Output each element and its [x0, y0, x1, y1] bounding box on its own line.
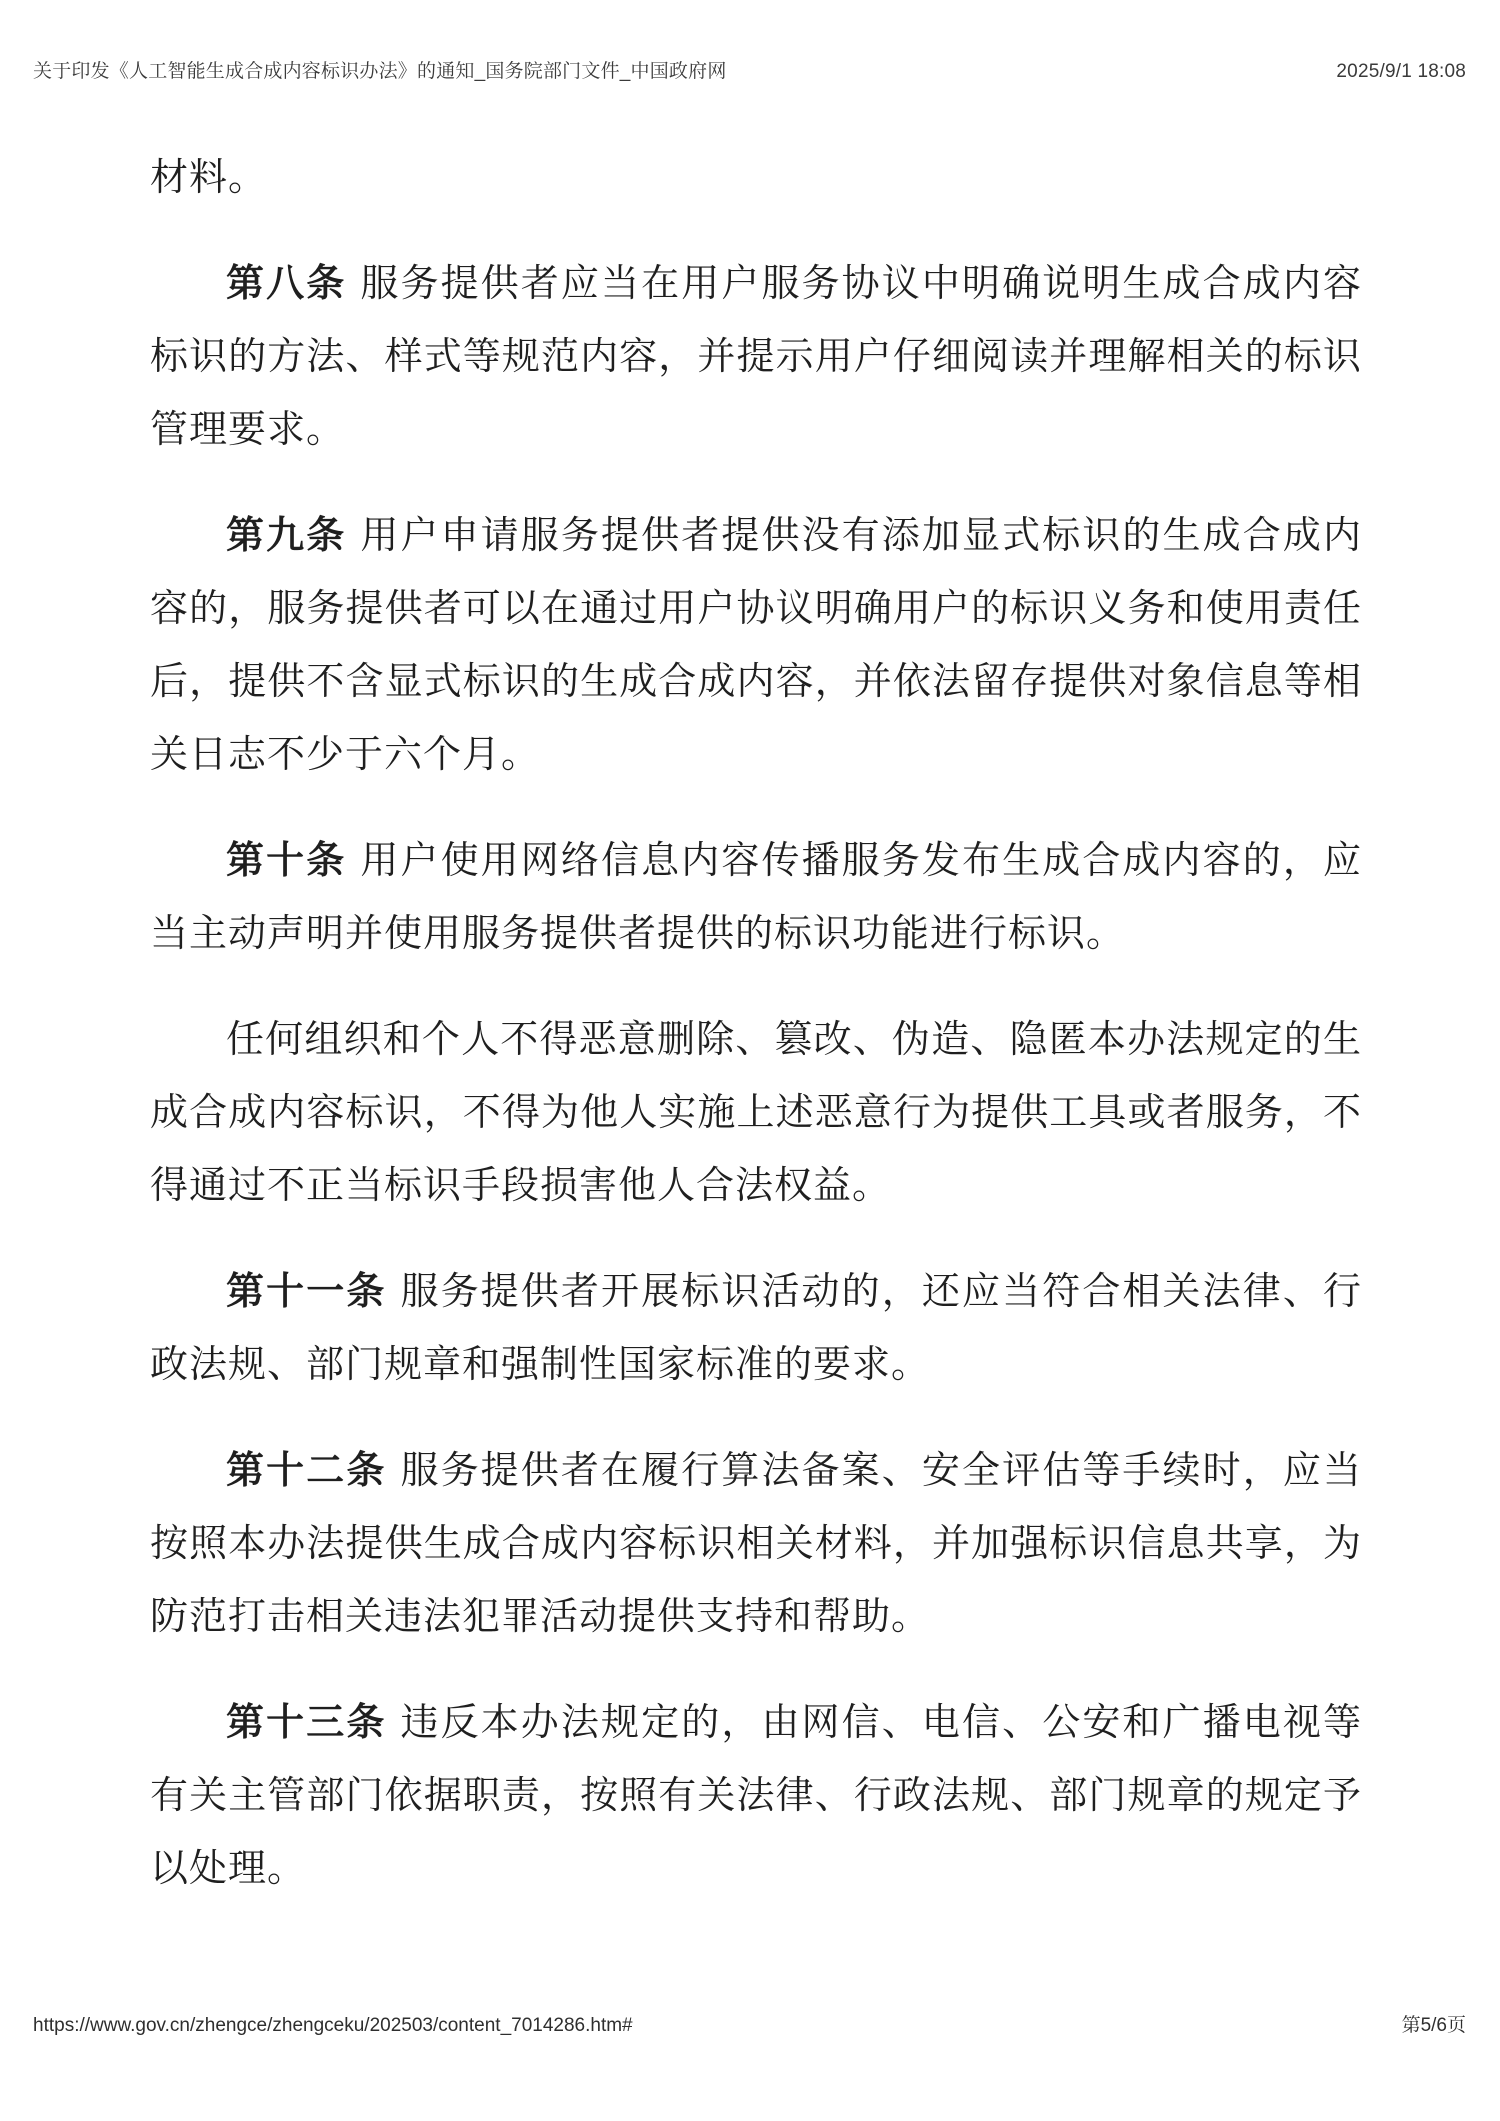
article-number: 第十二条: [226, 1450, 386, 1492]
print-header: 关于印发《人工智能生成合成内容标识办法》的通知_国务院部门文件_中国政府网 20…: [33, 56, 1466, 83]
article-number: 第十一条: [226, 1271, 386, 1313]
print-footer: https://www.gov.cn/zhengce/zhengceku/202…: [33, 2010, 1466, 2037]
print-preview-page: 关于印发《人工智能生成合成内容标识办法》的通知_国务院部门文件_中国政府网 20…: [0, 0, 1500, 2121]
paragraph-article-10-clause-2: 任何组织和个人不得恶意删除、篡改、伪造、隐匿本办法规定的生成合成内容标识，不得为…: [150, 1004, 1362, 1223]
article-number: 第九条: [226, 515, 346, 557]
paragraph-continuation: 材料。: [150, 142, 1362, 215]
article-number: 第十条: [226, 840, 346, 882]
paragraph-article-13: 第十三条违反本办法规定的，由网信、电信、公安和广播电视等有关主管部门依据职责，按…: [150, 1687, 1362, 1906]
paragraph-article-8: 第八条服务提供者应当在用户服务协议中明确说明生成合成内容标识的方法、样式等规范内…: [150, 248, 1362, 467]
paragraph-article-12: 第十二条服务提供者在履行算法备案、安全评估等手续时，应当按照本办法提供生成合成内…: [150, 1435, 1362, 1654]
header-title: 关于印发《人工智能生成合成内容标识办法》的通知_国务院部门文件_中国政府网: [33, 56, 727, 83]
footer-page-number: 第5/6页: [1402, 2010, 1466, 2037]
header-timestamp: 2025/9/1 18:08: [1336, 61, 1466, 83]
article-number: 第八条: [226, 263, 346, 305]
paragraph-text: 材料。: [150, 157, 267, 199]
document-body: 材料。 第八条服务提供者应当在用户服务协议中明确说明生成合成内容标识的方法、样式…: [150, 142, 1362, 1939]
article-number: 第十三条: [226, 1702, 386, 1744]
paragraph-article-9: 第九条用户申请服务提供者提供没有添加显式标识的生成合成内容的，服务提供者可以在通…: [150, 500, 1362, 792]
paragraph-text: 任何组织和个人不得恶意删除、篡改、伪造、隐匿本办法规定的生成合成内容标识，不得为…: [150, 1019, 1362, 1207]
footer-url: https://www.gov.cn/zhengce/zhengceku/202…: [33, 2015, 633, 2037]
paragraph-article-10: 第十条用户使用网络信息内容传播服务发布生成合成内容的，应当主动声明并使用服务提供…: [150, 825, 1362, 971]
paragraph-article-11: 第十一条服务提供者开展标识活动的，还应当符合相关法律、行政法规、部门规章和强制性…: [150, 1256, 1362, 1402]
